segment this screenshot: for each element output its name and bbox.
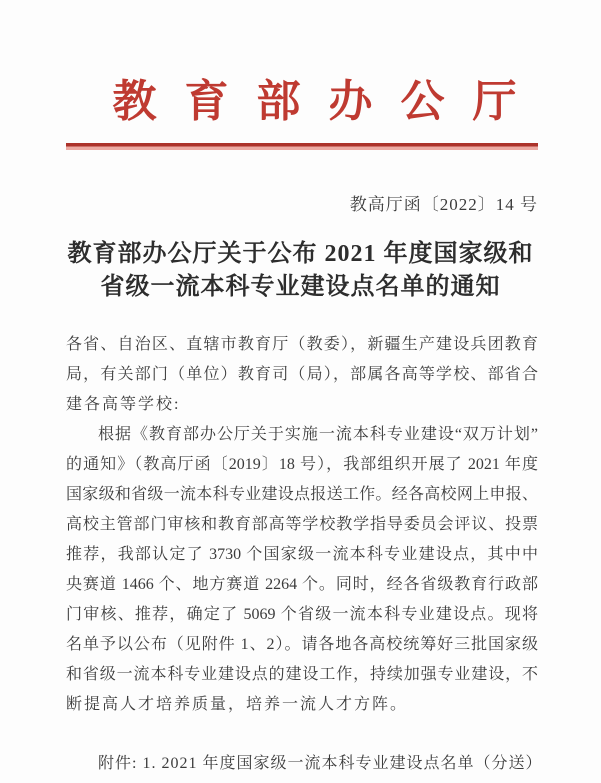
body-line: 国家级和省级一流本科专业建设点报送工作。经各高校网上申报、 bbox=[66, 480, 538, 510]
notice-title-line-1: 教育部办公厅关于公布 2021 年度国家级和 bbox=[0, 238, 601, 271]
body-line: 名单予以公布（见附件 1、2）。请各地各高校统筹好三批国家级 bbox=[66, 630, 538, 660]
body-line: 门审核、推荐，确定了 5069 个省级一流本科专业建设点。现将 bbox=[66, 600, 538, 630]
document-reference-number: 教高厅函〔2022〕14 号 bbox=[350, 194, 538, 216]
body-line: 和省级一流本科专业建设点的建设工作，持续加强专业建设，不 bbox=[66, 660, 538, 690]
letterhead-rule bbox=[66, 143, 538, 150]
body-line: 的通知》（教高厅函〔2019〕18 号），我部组织开展了 2021 年度 bbox=[66, 450, 538, 480]
letterhead-agency-name: 教育部办公厅 bbox=[0, 78, 601, 126]
body-line: 各省、自治区、直辖市教育厅（教委），新疆生产建设兵团教育 bbox=[66, 330, 538, 360]
body-line: 高校主管部门审核和教育部高等学校教学指导委员会评议、投票 bbox=[66, 510, 538, 540]
document-page: 教育部办公厅 教高厅函〔2022〕14 号 教育部办公厅关于公布 2021 年度… bbox=[0, 0, 601, 783]
body-line: 央赛道 1466 个、地方赛道 2264 个。同时，经各省级教育行政部 bbox=[66, 570, 538, 600]
body-line: 推荐，我部认定了 3730 个国家级一流本科专业建设点，其中中 bbox=[66, 540, 538, 570]
body-line: 断提高人才培养质量，培养一流人才方阵。 bbox=[66, 690, 538, 720]
notice-title-line-2: 省级一流本科专业建设点名单的通知 bbox=[0, 271, 601, 304]
attachment-list-line: 附件: 1. 2021 年度国家级一流本科专业建设点名单（分送） bbox=[66, 749, 538, 779]
body-line: 局，有关部门（单位）教育司（局），部属各高等学校、部省合 bbox=[66, 360, 538, 390]
notice-body: 各省、自治区、直辖市教育厅（教委），新疆生产建设兵团教育 局，有关部门（单位）教… bbox=[66, 330, 538, 720]
body-line: 建各高等学校: bbox=[66, 390, 538, 420]
notice-title: 教育部办公厅关于公布 2021 年度国家级和 省级一流本科专业建设点名单的通知 bbox=[0, 238, 601, 304]
body-line: 根据《教育部办公厅关于实施一流本科专业建设“双万计划” bbox=[66, 420, 538, 450]
